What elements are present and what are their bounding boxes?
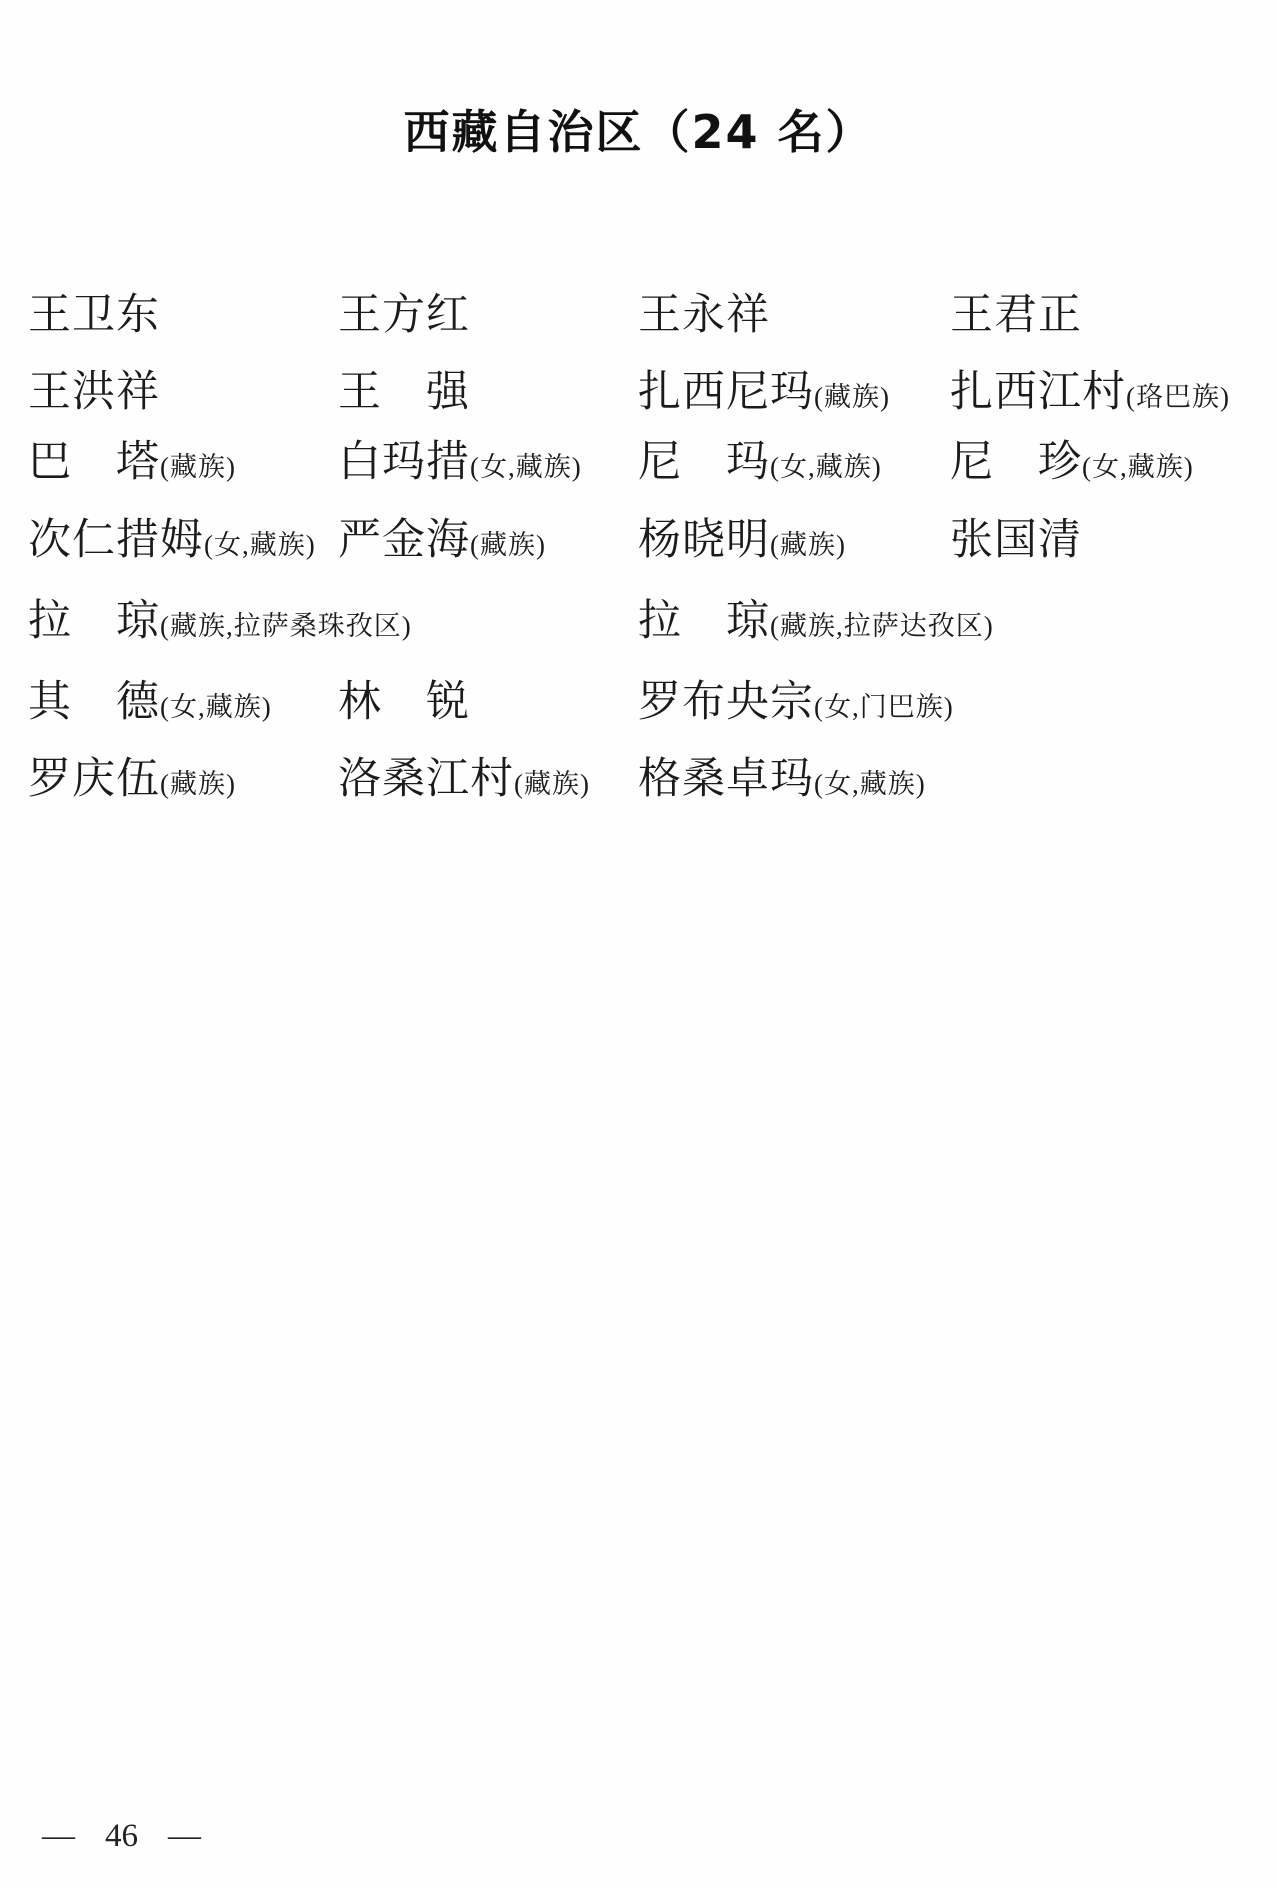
delegate-entry: 王 强 (338, 371, 470, 414)
delegate-name: 扎西尼玛 (638, 369, 814, 416)
delegate-entry: 杨晓明(藏族) (638, 519, 846, 562)
delegate-name: 王洪祥 (28, 369, 160, 416)
delegate-name: 格桑卓玛 (638, 756, 814, 803)
delegate-entry: 次仁措姆(女,藏族) (28, 519, 316, 562)
delegate-entry: 格桑卓玛(女,藏族) (638, 758, 926, 801)
delegate-name: 尼 珍 (950, 439, 1082, 486)
delegate-annotation: (女,藏族) (1082, 452, 1194, 482)
delegate-name: 林 锐 (338, 679, 470, 726)
delegate-name: 王卫东 (28, 292, 160, 339)
page-footer: — 46 — (42, 1820, 201, 1853)
footer-left-dash: — (42, 1820, 75, 1853)
delegate-entry: 尼 珍(女,藏族) (950, 441, 1194, 484)
delegate-name: 巴 塔 (28, 439, 160, 486)
delegate-name: 洛桑江村 (338, 756, 514, 803)
delegate-annotation: (女,藏族) (160, 692, 272, 722)
delegate-name: 张国清 (950, 517, 1082, 564)
delegate-entry: 扎西尼玛(藏族) (638, 371, 890, 414)
delegate-annotation: (女,藏族) (770, 452, 882, 482)
delegate-entry: 王君正 (950, 294, 1082, 337)
delegate-annotation: (女,藏族) (814, 769, 926, 799)
delegate-annotation: (藏族) (160, 769, 236, 799)
footer-right-dash: — (168, 1820, 201, 1853)
delegate-annotation: (藏族) (160, 452, 236, 482)
delegate-name: 白玛措 (338, 439, 470, 486)
delegate-entry: 王永祥 (638, 294, 770, 337)
delegate-name: 尼 玛 (638, 439, 770, 486)
delegate-entry: 扎西江村(珞巴族) (950, 371, 1230, 414)
delegate-entry: 王洪祥 (28, 371, 160, 414)
delegate-name: 其 德 (28, 679, 160, 726)
delegate-name: 王 强 (338, 369, 470, 416)
delegate-name: 严金海 (338, 517, 470, 564)
delegate-name: 杨晓明 (638, 517, 770, 564)
delegate-annotation: (藏族) (770, 530, 846, 560)
document-page: 西藏自治区（24 名） 王卫东王方红王永祥王君正王洪祥王 强扎西尼玛(藏族)扎西… (0, 0, 1277, 1889)
delegate-entry: 巴 塔(藏族) (28, 441, 236, 484)
delegate-entry: 拉 琼(藏族,拉萨达孜区) (638, 600, 994, 643)
delegate-annotation: (藏族,拉萨桑珠孜区) (160, 611, 412, 641)
delegate-annotation: (女,藏族) (204, 530, 316, 560)
delegate-entry: 罗布央宗(女,门巴族) (638, 681, 954, 724)
page-title: 西藏自治区（24 名） (0, 96, 1277, 162)
delegate-entry: 拉 琼(藏族,拉萨桑珠孜区) (28, 600, 412, 643)
delegate-name: 拉 琼 (28, 598, 160, 645)
delegate-annotation: (藏族,拉萨达孜区) (770, 611, 994, 641)
delegate-entry: 其 德(女,藏族) (28, 681, 272, 724)
delegate-annotation: (藏族) (814, 382, 890, 412)
delegate-name: 王永祥 (638, 292, 770, 339)
delegate-name: 罗庆伍 (28, 756, 160, 803)
delegate-annotation: (藏族) (470, 530, 546, 560)
delegate-name: 扎西江村 (950, 369, 1126, 416)
delegate-entry: 张国清 (950, 519, 1082, 562)
delegate-entry: 王卫东 (28, 294, 160, 337)
delegate-annotation: (珞巴族) (1126, 382, 1230, 412)
delegate-name: 次仁措姆 (28, 517, 204, 564)
delegate-entry: 林 锐 (338, 681, 470, 724)
page-number: 46 (105, 1820, 138, 1853)
delegate-entry: 尼 玛(女,藏族) (638, 441, 882, 484)
delegate-entry: 王方红 (338, 294, 470, 337)
delegate-name: 王方红 (338, 292, 470, 339)
delegate-entry: 严金海(藏族) (338, 519, 546, 562)
delegate-annotation: (藏族) (514, 769, 590, 799)
delegate-name: 罗布央宗 (638, 679, 814, 726)
delegate-annotation: (女,藏族) (470, 452, 582, 482)
delegate-annotation: (女,门巴族) (814, 692, 954, 722)
delegate-name: 拉 琼 (638, 598, 770, 645)
delegate-entry: 洛桑江村(藏族) (338, 758, 590, 801)
delegate-entry: 白玛措(女,藏族) (338, 441, 582, 484)
delegate-name: 王君正 (950, 292, 1082, 339)
delegate-entry: 罗庆伍(藏族) (28, 758, 236, 801)
